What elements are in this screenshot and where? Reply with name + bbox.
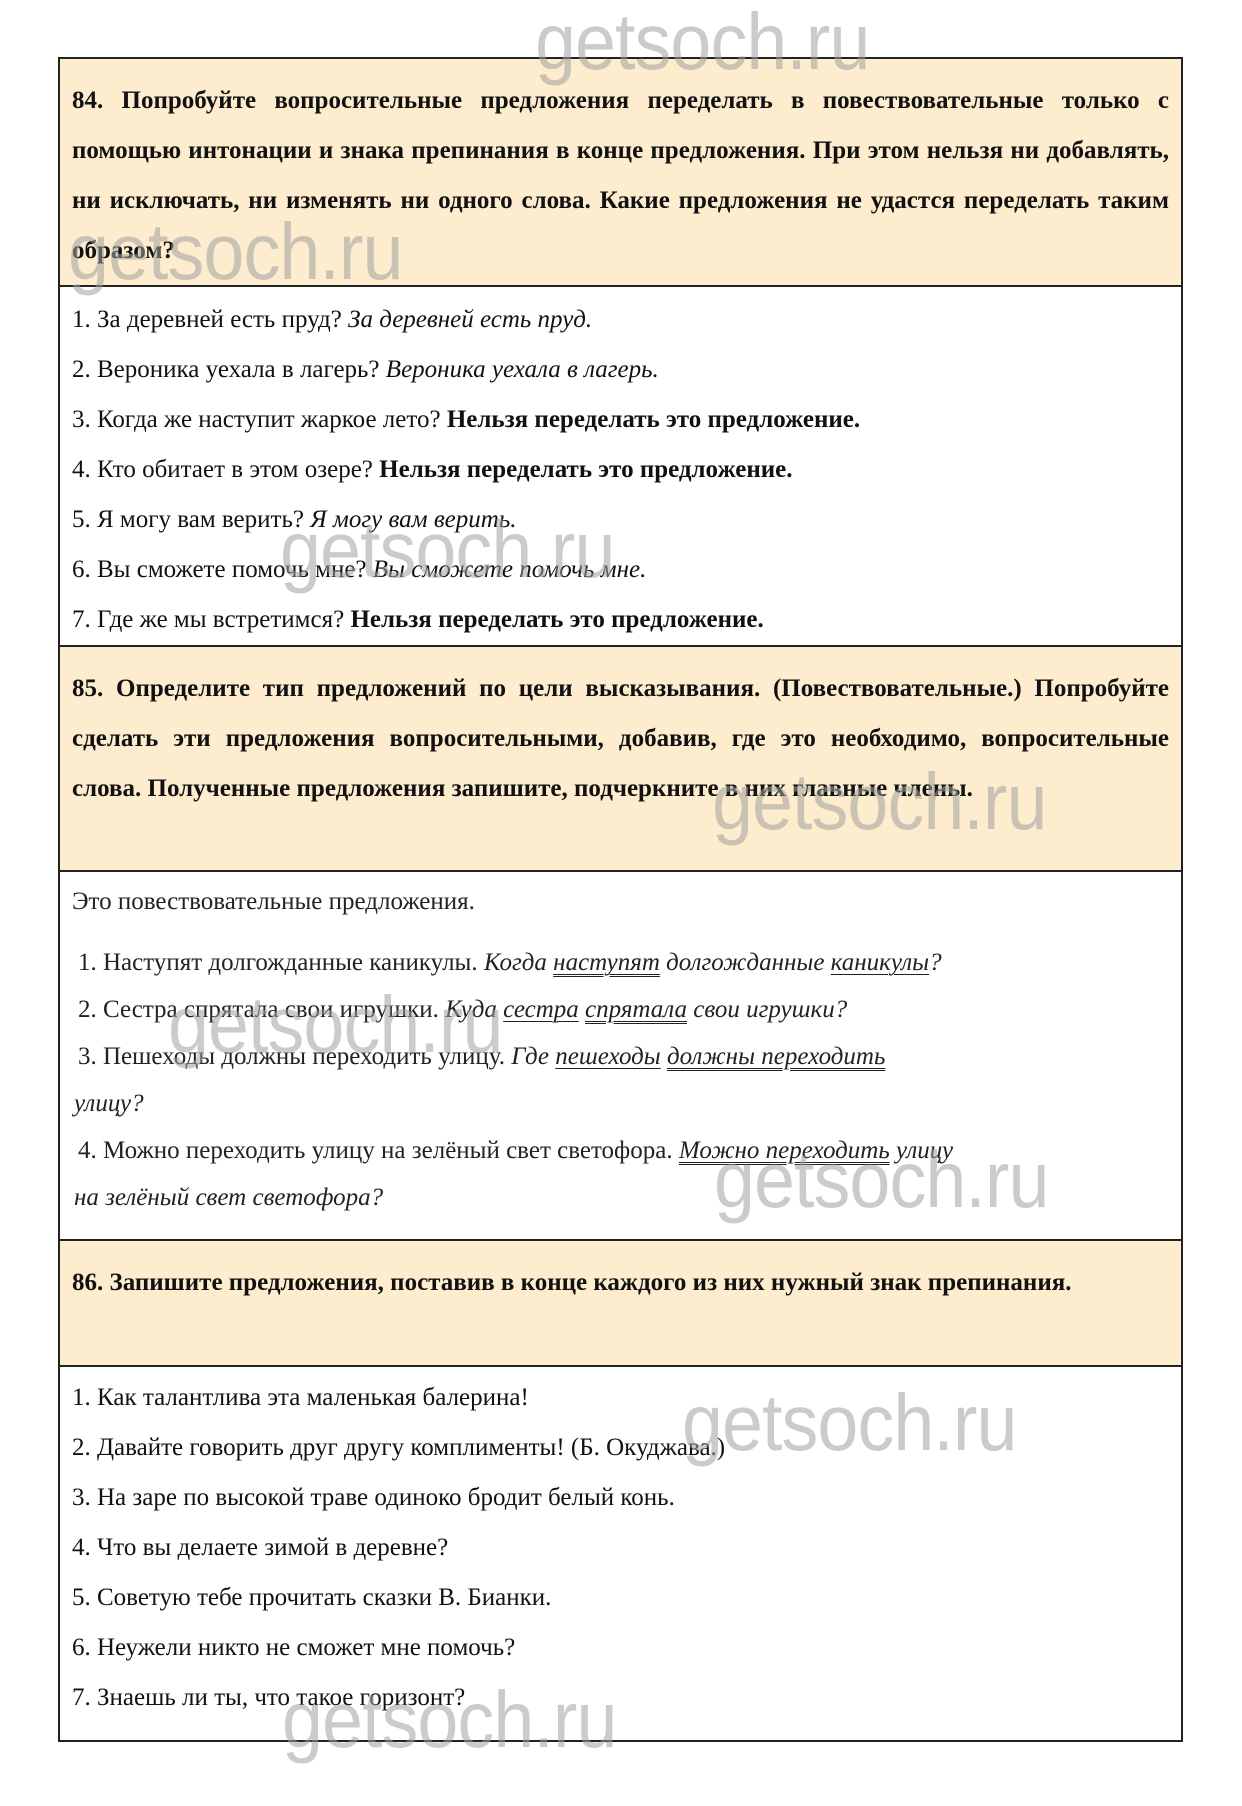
declarative-sentence: 1. Наступят долгожданные каникулы. — [78, 949, 484, 976]
predicate-word: наступят — [553, 949, 660, 976]
task-84-prompt: 84. Попробуйте вопросительные предложени… — [60, 59, 1181, 285]
answer-row: 3. Пешеходы должны переходить улицу. Где… — [72, 1033, 1078, 1080]
task-number: 86. — [72, 1269, 103, 1296]
task-85-answers: Это повествовательные предложения. 1. На… — [60, 870, 1181, 1239]
plain-word: ? — [929, 949, 942, 976]
answer-row: 7. Где же мы встретимся? Нельзя передела… — [72, 595, 1169, 645]
plain-word: улицу — [890, 1137, 953, 1164]
answer-text: Вы сможете помочь мне. — [373, 556, 647, 583]
question-text: 5. Я могу вам верить? — [72, 506, 304, 533]
answer-text: Нельзя переделать это предложение. — [379, 456, 792, 483]
answer-list: 1. Наступят долгожданные каникулы. Когда… — [72, 939, 1169, 1221]
predicate-word: должны переходить — [667, 1043, 885, 1070]
answer-row: 1. Как талантлива эта маленькая балерина… — [72, 1373, 1169, 1423]
task-84-answers: 1. За деревней есть пруд? За деревней ес… — [60, 285, 1181, 645]
answer-row: 6. Вы сможете помочь мне? Вы сможете пом… — [72, 545, 1169, 595]
plain-word: Когда — [484, 949, 553, 976]
answer-row: 1. Наступят долгожданные каникулы. Когда… — [72, 939, 1078, 986]
task-86-prompt: 86. Запишите предложения, поставив в кон… — [60, 1239, 1181, 1365]
subject-word: каникулы — [831, 949, 929, 976]
question-text: 7. Где же мы встретимся? — [72, 606, 344, 633]
exercise-table: 84. Попробуйте вопросительные предложени… — [58, 57, 1183, 1742]
answer-row: 7. Знаешь ли ты, что такое горизонт? — [72, 1673, 1169, 1723]
answer-row: 5. Я могу вам верить? Я могу вам верить. — [72, 495, 1169, 545]
subject-word: сестра — [503, 996, 579, 1023]
question-continuation: улицу? — [72, 1080, 1169, 1127]
question-sentence: Где пешеходы должны переходить — [511, 1043, 885, 1070]
answer-text: За деревней есть пруд. — [348, 306, 592, 333]
question-continuation: на зелёный свет светофора? — [72, 1174, 1169, 1221]
answer-row: 2. Давайте говорить друг другу комплимен… — [72, 1423, 1169, 1473]
subject-word: пешеходы — [555, 1043, 660, 1070]
answer-row: 5. Советую тебе прочитать сказки В. Биан… — [72, 1573, 1169, 1623]
question-text: 4. Кто обитает в этом озере? — [72, 456, 373, 483]
answer-text: Нельзя переделать это предложение. — [350, 606, 763, 633]
task-number: 85. — [72, 675, 103, 702]
question-sentence: Когда наступят долгожданные каникулы? — [484, 949, 942, 976]
question-text: 6. Вы сможете помочь мне? — [72, 556, 367, 583]
plain-word: свои игрушки? — [687, 996, 847, 1023]
plain-word: Где — [511, 1043, 555, 1070]
declarative-sentence: 2. Сестра спрятала свои игрушки. — [78, 996, 445, 1023]
predicate-word: спрятала — [585, 996, 687, 1023]
task-text: Определите тип предложений по цели выска… — [72, 675, 1169, 802]
answer-row: 4. Можно переходить улицу на зелёный све… — [72, 1127, 1078, 1174]
answer-text: Я могу вам верить. — [310, 506, 516, 533]
task-number: 84. — [72, 87, 103, 114]
declarative-sentence: 3. Пешеходы должны переходить улицу. — [78, 1043, 511, 1070]
question-text: 3. Когда же наступит жаркое лето? — [72, 406, 441, 433]
question-text: 2. Вероника уехала в лагерь? — [72, 356, 380, 383]
task-85-prompt: 85. Определите тип предложений по цели в… — [60, 645, 1181, 870]
declarative-sentence: 4. Можно переходить улицу на зелёный све… — [78, 1137, 679, 1164]
plain-word: Куда — [445, 996, 503, 1023]
answer-intro: Это повествовательные предложения. — [72, 878, 1169, 925]
question-sentence: Куда сестра спрятала свои игрушки? — [445, 996, 847, 1023]
question-text: 1. За деревней есть пруд? — [72, 306, 342, 333]
answer-row: 4. Кто обитает в этом озере? Нельзя пере… — [72, 445, 1169, 495]
answer-row: 4. Что вы делаете зимой в деревне? — [72, 1523, 1169, 1573]
answer-row: 2. Вероника уехала в лагерь? Вероника уе… — [72, 345, 1169, 395]
plain-word: долгожданные — [660, 949, 831, 976]
task-86-answers: 1. Как талантлива эта маленькая балерина… — [60, 1365, 1181, 1740]
answer-text: Нельзя переделать это предложение. — [447, 406, 860, 433]
answer-row: 3. На заре по высокой траве одиноко брод… — [72, 1473, 1169, 1523]
task-text: Попробуйте вопросительные предложения пе… — [72, 87, 1169, 264]
answer-row: 3. Когда же наступит жаркое лето? Нельзя… — [72, 395, 1169, 445]
answer-row: 1. За деревней есть пруд? За деревней ес… — [72, 295, 1169, 345]
question-sentence: Можно переходить улицу — [679, 1137, 953, 1164]
predicate-word: Можно переходить — [679, 1137, 890, 1164]
task-text: Запишите предложения, поставив в конце к… — [110, 1269, 1072, 1296]
answer-text: Вероника уехала в лагерь. — [386, 356, 659, 383]
answer-row: 6. Неужели никто не сможет мне помочь? — [72, 1623, 1169, 1673]
answer-row: 2. Сестра спрятала свои игрушки. Куда се… — [72, 986, 1078, 1033]
